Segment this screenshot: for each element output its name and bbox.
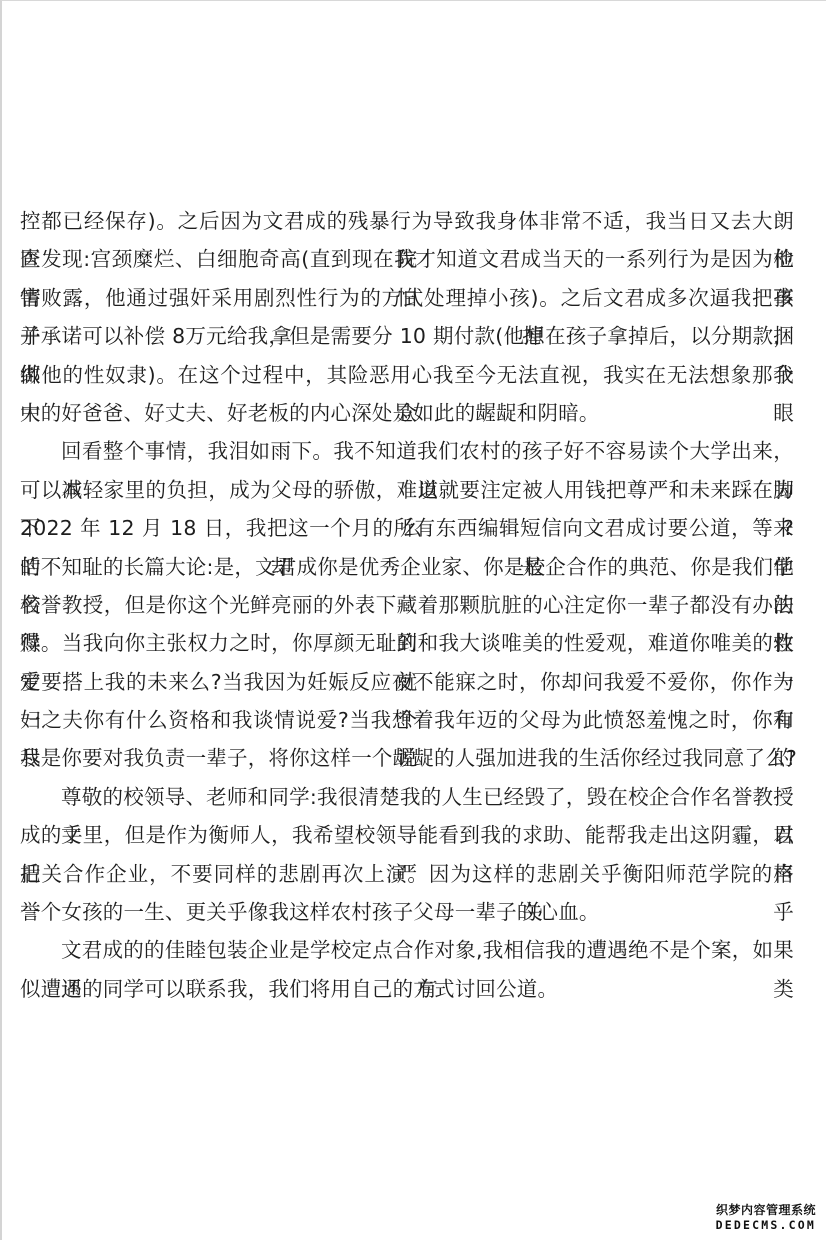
text-line: 并承诺可以补偿 8万元给我，但是需要分 10 期付款(他想在孩子拿掉后，以分期款…: [20, 317, 794, 355]
text-line: 情败露，他通过强奸采用剧烈性行为的方式处理掉小孩)。之后文君成多次逼我把孩子拿掉…: [20, 279, 794, 317]
text-line: 妇之夫你有什么资格和我谈情说爱?当我想着我年迈的父母为此愤怒羞愧之时，你和我说的: [20, 701, 794, 739]
paragraph-first-line: 回看整个事情，我泪如雨下。我不知道我们农村的孩子好不容易读个大学出来，本以为: [20, 432, 794, 470]
document-page: 控都已经保存)。之后因为文君成的残暴行为导致我身体非常不适，我当日又去大朗医院检…: [0, 0, 826, 1240]
text-line: 定要搭上我的未来么?当我因为妊娠反应夜不能寐之时，你却问我爱不爱你，你作为一个有: [20, 663, 794, 701]
watermark-en: DEDECMS.COM: [716, 1218, 816, 1232]
text-line: 查发现:宫颈糜烂、白细胞奇高(直到现在我才知道文君成当天的一系列行为是因为他害怕…: [20, 240, 794, 278]
text-line: 恬不知耻的长篇大论:是，文君成你是优秀企业家、你是校企合作的典范、你是我们学校的: [20, 548, 794, 586]
watermark-cn: 织梦内容管理系统: [716, 1201, 816, 1218]
text-line: 成的手里，但是作为衡师人，我希望校领导能看到我的求助、能帮我走出这阴霾，以后严格: [20, 816, 794, 854]
document-body: 控都已经保存)。之后因为文君成的残暴行为导致我身体非常不适，我当日又去大朗医院检…: [20, 202, 794, 1008]
text-line: 可以减轻家里的负担，成为父母的骄傲，难道就要注定被人用钱把尊严和未来踩在脚下么?: [20, 471, 794, 509]
text-line: 做他的性奴隶)。在这个过程中，其险恶用心我至今无法直视，我实在无法想象那个大众眼: [20, 356, 794, 394]
text-line: 名誉教授，但是你这个光鲜亮丽的外表下藏着那颗肮脏的心注定你一辈子都没有办法得到救: [20, 586, 794, 624]
text-line: 赎。当我向你主张权力之时，你厚颜无耻的和我大谈唯美的性爱观，难道你唯美的性爱就一: [20, 624, 794, 662]
text-line: 把关合作企业，不要同样的悲剧再次上演。因为这样的悲剧关乎衡阳师范学院的声誉、关乎: [20, 855, 794, 893]
text-line: 2022 年 12 月 18 日，我把这一个月的所有东西编辑短信向文君成讨要公道…: [20, 509, 794, 547]
text-line: 尽是你要对我负责一辈子，将你这样一个龌龊的人强加进我的生活你经过我同意了么?: [20, 739, 794, 777]
watermark: 织梦内容管理系统 DEDECMS.COM: [716, 1201, 816, 1232]
text-line: 控都已经保存)。之后因为文君成的残暴行为导致我身体非常不适，我当日又去大朗医院检: [20, 202, 794, 240]
paragraph-first-line: 文君成的的佳睦包装企业是学校定点合作对象,我相信我的遭遇绝不是个案，如果还有类: [20, 931, 794, 969]
paragraph-first-line: 尊敬的校领导、老师和同学:我很清楚我的人生已经毁了，毁在校企合作名誉教授文君: [20, 778, 794, 816]
